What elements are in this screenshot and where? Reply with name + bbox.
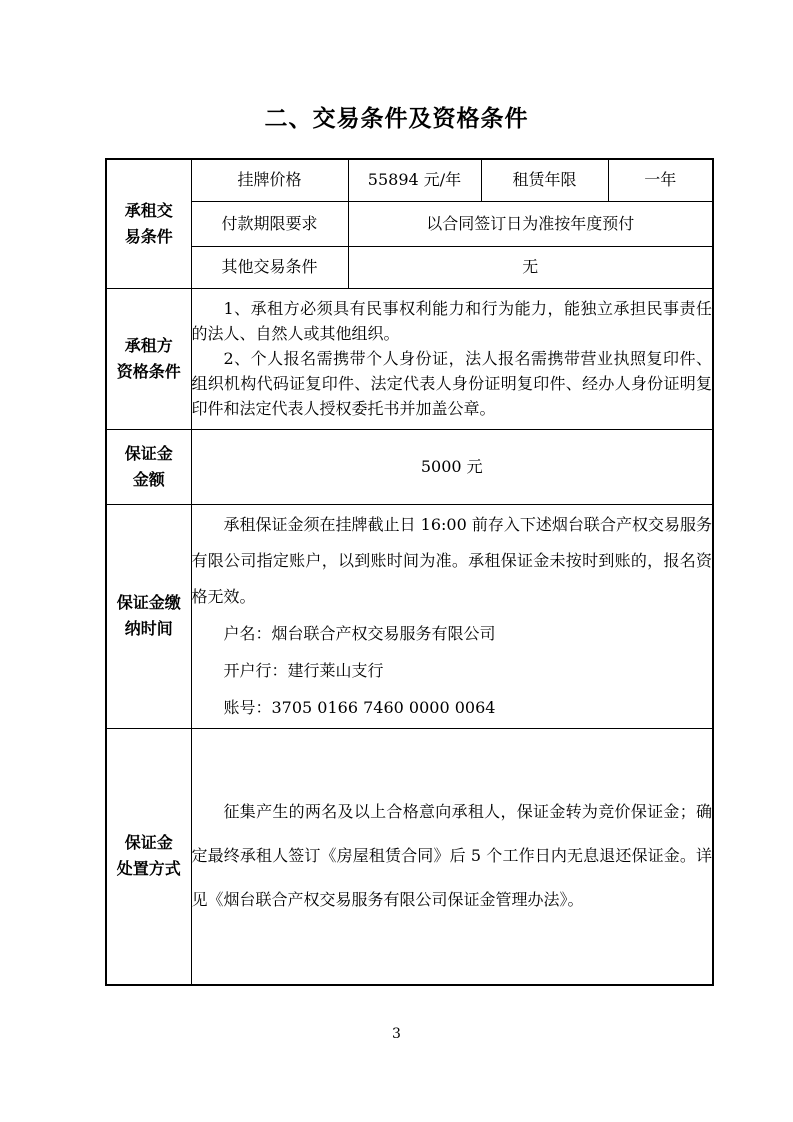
table-row: 保证金缴 纳时间 承租保证金须在挂牌截止日 16:00 前存入下述烟台联合产权交… [106, 504, 713, 728]
account-name-line: 户名：烟台联合产权交易服务有限公司 [192, 615, 713, 652]
deposit-disposal-cell: 征集产生的两名及以上合格意向承租人，保证金转为竞价保证金；确定最终承租人签订《房… [191, 728, 713, 985]
conditions-table: 承租交 易条件 挂牌价格 55894 元/年 租赁年限 一年 付款期限要求 以合… [105, 158, 714, 986]
table-row: 付款期限要求 以合同签订日为准按年度预付 [106, 201, 713, 246]
deposit-payment-cell: 承租保证金须在挂牌截止日 16:00 前存入下述烟台联合产权交易服务有限公司指定… [191, 504, 713, 728]
other-conditions-label: 其他交易条件 [191, 246, 348, 288]
row-label-deposit-amount: 保证金 金额 [106, 429, 191, 504]
account-number-line: 账号：3705 0166 7460 0000 0064 [192, 689, 713, 726]
page-title: 二、交易条件及资格条件 [0, 100, 793, 133]
table-row: 其他交易条件 无 [106, 246, 713, 288]
deposit-payment-paragraph: 承租保证金须在挂牌截止日 16:00 前存入下述烟台联合产权交易服务有限公司指定… [192, 507, 713, 615]
deposit-amount-value: 5000 元 [191, 429, 713, 504]
payment-terms-value: 以合同签订日为准按年度预付 [348, 201, 713, 246]
other-conditions-value: 无 [348, 246, 713, 288]
row-label-qualification: 承租方 资格条件 [106, 288, 191, 429]
table-row: 保证金 处置方式 征集产生的两名及以上合格意向承租人，保证金转为竞价保证金；确定… [106, 728, 713, 985]
row-label-deposit-disposal: 保证金 处置方式 [106, 728, 191, 985]
page-number: 3 [0, 1026, 793, 1042]
row-label-lease-conditions: 承租交 易条件 [106, 159, 191, 288]
qualification-item-1: 1、承租方必须具有民事权利能力和行为能力，能独立承担民事责任的法人、自然人或其他… [192, 296, 713, 346]
bank-line: 开户行：建行莱山支行 [192, 652, 713, 689]
table-row: 承租方 资格条件 1、承租方必须具有民事权利能力和行为能力，能独立承担民事责任的… [106, 288, 713, 429]
document-page: 二、交易条件及资格条件 承租交 易条件 挂牌价格 55894 元/年 租赁年限 … [0, 0, 793, 1122]
deposit-disposal-paragraph: 征集产生的两名及以上合格意向承租人，保证金转为竞价保证金；确定最终承租人签订《房… [192, 790, 713, 922]
lease-term-label: 租赁年限 [481, 159, 608, 201]
qualification-cell: 1、承租方必须具有民事权利能力和行为能力，能独立承担民事责任的法人、自然人或其他… [191, 288, 713, 429]
qualification-item-2: 2、个人报名需携带个人身份证，法人报名需携带营业执照复印件、组织机构代码证复印件… [192, 346, 713, 421]
table-row: 保证金 金额 5000 元 [106, 429, 713, 504]
lease-term-value: 一年 [608, 159, 713, 201]
listing-price-label: 挂牌价格 [191, 159, 348, 201]
row-label-deposit-payment-time: 保证金缴 纳时间 [106, 504, 191, 728]
listing-price-value: 55894 元/年 [348, 159, 481, 201]
table-row: 承租交 易条件 挂牌价格 55894 元/年 租赁年限 一年 [106, 159, 713, 201]
payment-terms-label: 付款期限要求 [191, 201, 348, 246]
